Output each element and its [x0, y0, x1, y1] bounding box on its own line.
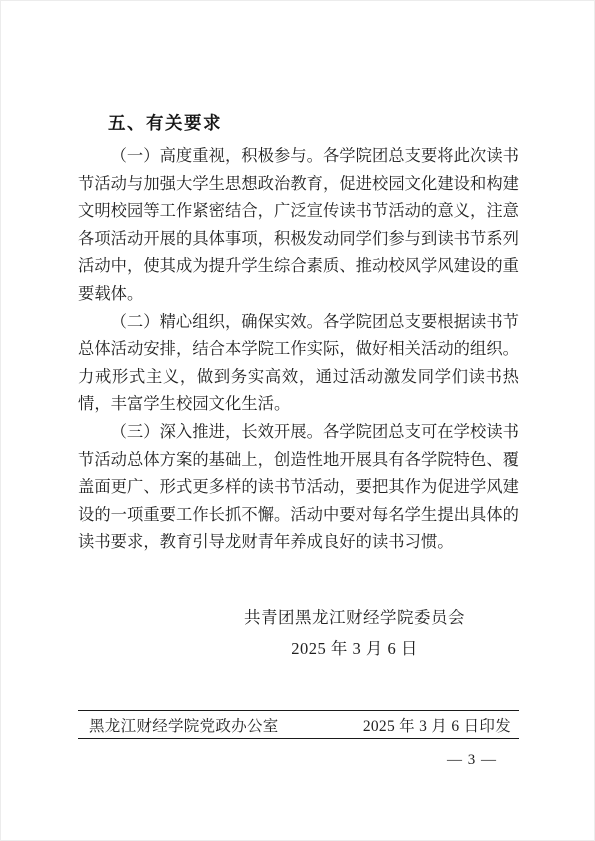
footer-issuing-office: 黑龙江财经学院党政办公室 — [89, 714, 279, 736]
signature-organization: 共青团黑龙江财经学院委员会 — [190, 602, 519, 633]
paragraph-1: （一）高度重视，积极参与。各学院团总支要将此次读书节活动与加强大学生思想政治教育… — [78, 142, 519, 308]
paragraph-2: （二）精心组织，确保实效。各学院团总支要根据读书节总体活动安排，结合本学院工作实… — [78, 308, 519, 418]
footer-rule-row: 黑龙江财经学院党政办公室 2025 年 3 月 6 日印发 — [78, 710, 519, 739]
signature-block: 共青团黑龙江财经学院委员会 2025 年 3 月 6 日 — [78, 602, 519, 664]
document-footer: 黑龙江财经学院党政办公室 2025 年 3 月 6 日印发 — [78, 710, 519, 739]
footer-print-date: 2025 年 3 月 6 日印发 — [363, 714, 511, 736]
page-number: — 3 — — [78, 752, 519, 769]
signature-date: 2025 年 3 月 6 日 — [190, 633, 519, 664]
document-page: 五、有关要求 （一）高度重视，积极参与。各学院团总支要将此次读书节活动与加强大学… — [0, 0, 595, 841]
document-body: 五、有关要求 （一）高度重视，积极参与。各学院团总支要将此次读书节活动与加强大学… — [78, 113, 519, 664]
section-heading: 五、有关要求 — [78, 113, 519, 133]
paragraph-3: （三）深入推进，长效开展。各学院团总支可在学校读书节活动总体方案的基础上，创造性… — [78, 418, 519, 556]
